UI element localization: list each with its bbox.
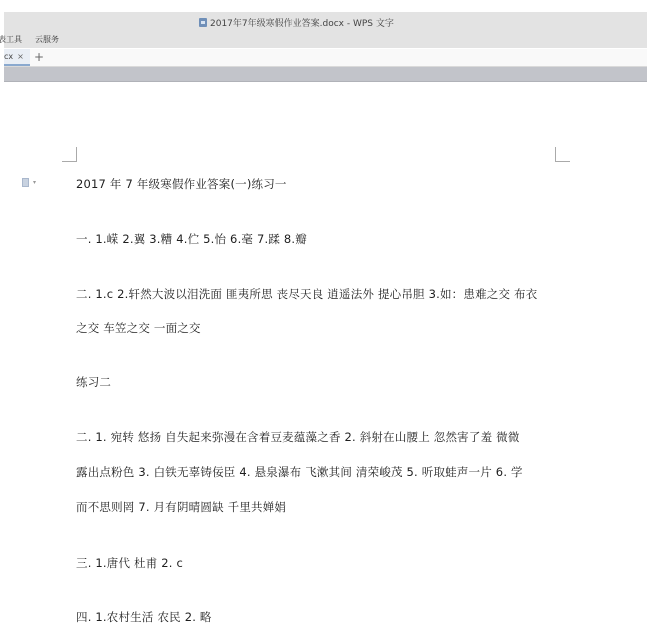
wps-document-icon <box>199 18 207 27</box>
paragraph-doc-icon[interactable] <box>22 178 29 187</box>
doc-line: 而不思则罔 7. 月有阴晴圆缺 千里共婵娟 <box>76 499 286 515</box>
doc-line: 二. 1.c 2.轩然大波以泪洗面 匪夷所思 丧尽天良 逍遥法外 提心吊胆 3.… <box>76 286 537 302</box>
menu-bar: 表工具 云服务 <box>4 34 59 48</box>
tab-document[interactable]: cx × <box>4 49 30 66</box>
new-tab-button[interactable]: + <box>34 50 44 64</box>
document-page[interactable]: ▾ 2017 年 7 年级寒假作业答案(一)练习一 一. 1.嵘 2.翼 3.糟… <box>4 82 647 639</box>
tab-bar: cx × + <box>4 49 647 67</box>
ruler-bar <box>4 67 647 82</box>
margin-corner-right <box>555 147 570 162</box>
title-bar: 2017年7年级寒假作业答案.docx - WPS 文字 <box>4 12 647 48</box>
menu-item-cloud-service[interactable]: 云服务 <box>35 34 59 48</box>
doc-line: 露出点粉色 3. 白铁无辜铸佞臣 4. 悬泉瀑布 飞漱其间 清荣峻茂 5. 听取… <box>76 464 523 480</box>
doc-line-heading: 练习二 <box>76 374 111 390</box>
chevron-down-icon[interactable]: ▾ <box>33 179 36 186</box>
menu-item-tools[interactable]: 表工具 <box>0 34 22 48</box>
top-strip <box>0 0 647 12</box>
tab-label: cx <box>4 52 13 61</box>
doc-line-title: 2017 年 7 年级寒假作业答案(一)练习一 <box>76 176 287 192</box>
doc-line: 四. 1.农村生活 农民 2. 略 <box>76 609 212 625</box>
doc-line: 二. 1. 宛转 悠扬 自失起来弥漫在含着豆麦蕴藻之香 2. 斜射在山腰上 忽然… <box>76 429 520 445</box>
doc-line: 之交 车笠之交 一面之交 <box>76 320 201 336</box>
doc-line: 三. 1.唐代 杜甫 2. c <box>76 555 183 571</box>
close-icon[interactable]: × <box>17 52 24 61</box>
doc-line: 一. 1.嵘 2.翼 3.糟 4.伫 5.怡 6.毫 7.蹂 8.瓣 <box>76 231 307 247</box>
margin-corner-left <box>62 147 77 162</box>
window-title-text: 2017年7年级寒假作业答案.docx - WPS 文字 <box>210 16 394 29</box>
window-title: 2017年7年级寒假作业答案.docx - WPS 文字 <box>199 16 394 29</box>
